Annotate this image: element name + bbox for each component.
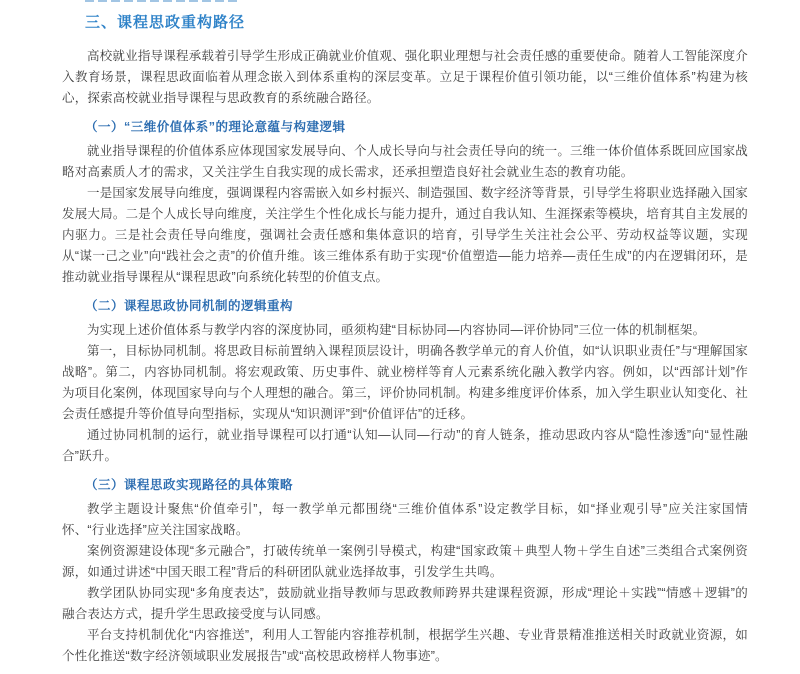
paragraph: 平台支持机制优化“内容推送”，利用人工智能内容推荐机制，根据学生兴趣、专业背景精… [62, 625, 748, 667]
paragraph: 案例资源建设体现“多元融合”，打破传统单一案例引导模式，构建“国家政策＋典型人物… [62, 541, 748, 583]
paragraph: 教学团队协同实现“多角度表达”，鼓励就业指导教师与思政教师跨界共建课程资源，形成… [62, 583, 748, 625]
paragraph: 教学主题设计聚焦“价值牵引”，每一教学单元都围绕“三维价值体系”设定教学目标，如… [62, 499, 748, 541]
section-3-heading: （三）课程思政实现路径的具体策略 [85, 477, 748, 494]
intro-paragraph: 高校就业指导课程承载着引导学生形成正确就业价值观、强化职业理想与社会责任感的重要… [62, 46, 748, 109]
document-page: 三、课程思政重构路径 高校就业指导课程承载着引导学生形成正确就业价值观、强化职业… [0, 0, 800, 674]
section-1-heading: （一）“三维价值体系”的理论意蕴与构建逻辑 [85, 119, 748, 136]
paragraph: 一是国家发展导向维度，强调课程内容需嵌入如乡村振兴、制造强国、数字经济等背景，引… [62, 183, 748, 288]
section-2-heading: （二）课程思政协同机制的逻辑重构 [85, 298, 748, 315]
paragraph: 就业指导课程的价值体系应体现国家发展导向、个人成长导向与社会责任导向的统一。三维… [62, 141, 748, 183]
clipped-previous-text-line [85, 0, 237, 2]
document-title: 三、课程思政重构路径 [85, 12, 748, 34]
paragraph: 通过协同机制的运行，就业指导课程可以打通“认知—认同—行动”的育人链条，推动思政… [62, 425, 748, 467]
paragraph: 为实现上述价值体系与教学内容的深度协同，亟须构建“目标协同—内容协同—评价协同”… [62, 320, 748, 341]
paragraph: 第一，目标协同机制。将思政目标前置纳入课程顶层设计，明确各教学单元的育人价值，如… [62, 341, 748, 425]
